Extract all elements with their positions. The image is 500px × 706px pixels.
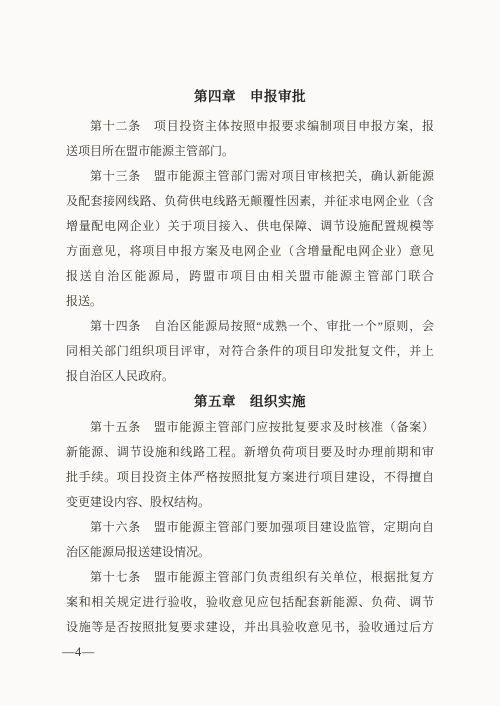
article-15-line-3: 批手续。项目投资主体严格按照批复方案进行项目建设，不得擅自 xyxy=(66,465,434,490)
article-13-line-5: 报送自治区能源局，跨盟市项目由相关盟市能源主管部门联合 xyxy=(66,264,434,289)
article-13-line-6: 报送。 xyxy=(66,289,434,314)
article-13-line-2: 及配套接网线路、负荷供电线路无颠覆性因素，并征求电网企业（含 xyxy=(66,189,434,214)
article-17-line-2: 案和相关规定进行验收，验收意见应包括配套新能源、负荷、调节 xyxy=(66,590,434,615)
article-15-line-4: 变更建设内容、股权结构。 xyxy=(66,490,434,515)
page-number: —4— xyxy=(62,645,95,660)
document-body: 第四章 申报审批 第十二条 项目投资主体按照申报要求编制项目申报方案，报 送项目… xyxy=(66,84,434,640)
article-13-line-3: 增量配电网企业）关于项目接入、供电保障、调节设施配置规模等 xyxy=(66,214,434,239)
article-16-line-1: 第十六条 盟市能源主管部门要加强项目建设监管，定期向自 xyxy=(66,515,434,540)
article-15-line-2: 新能源、调节设施和线路工程。新增负荷项目要及时办理前期和审 xyxy=(66,440,434,465)
article-14-line-3: 报自治区人民政府。 xyxy=(66,364,434,389)
article-14-line-1: 第十四条 自治区能源局按照“成熟一个、审批一个”原则，会 xyxy=(66,314,434,339)
chapter-5-heading: 第五章 组织实施 xyxy=(66,389,434,415)
article-16-line-2: 治区能源局报送建设情况。 xyxy=(66,540,434,565)
chapter-4-heading: 第四章 申报审批 xyxy=(66,84,434,110)
article-13-line-1: 第十三条 盟市能源主管部门需对项目审核把关，确认新能源 xyxy=(66,164,434,189)
article-15-line-1: 第十五条 盟市能源主管部门应按批复要求及时核准（备案） xyxy=(66,415,434,440)
article-17-line-1: 第十七条 盟市能源主管部门负责组织有关单位，根据批复方 xyxy=(66,565,434,590)
article-12-line-1: 第十二条 项目投资主体按照申报要求编制项目申报方案，报 xyxy=(66,114,434,139)
article-17-line-3: 设施等是否按照批复要求建设，并出具验收意见书，验收通过后方 xyxy=(66,615,434,640)
article-13-line-4: 方面意见，将项目申报方案及电网企业（含增量配电网企业）意见 xyxy=(66,239,434,264)
document-page: 第四章 申报审批 第十二条 项目投资主体按照申报要求编制项目申报方案，报 送项目… xyxy=(0,0,500,706)
article-14-line-2: 同相关部门组织项目评审，对符合条件的项目印发批复文件，并上 xyxy=(66,339,434,364)
article-12-line-2: 送项目所在盟市能源主管部门。 xyxy=(66,139,434,164)
